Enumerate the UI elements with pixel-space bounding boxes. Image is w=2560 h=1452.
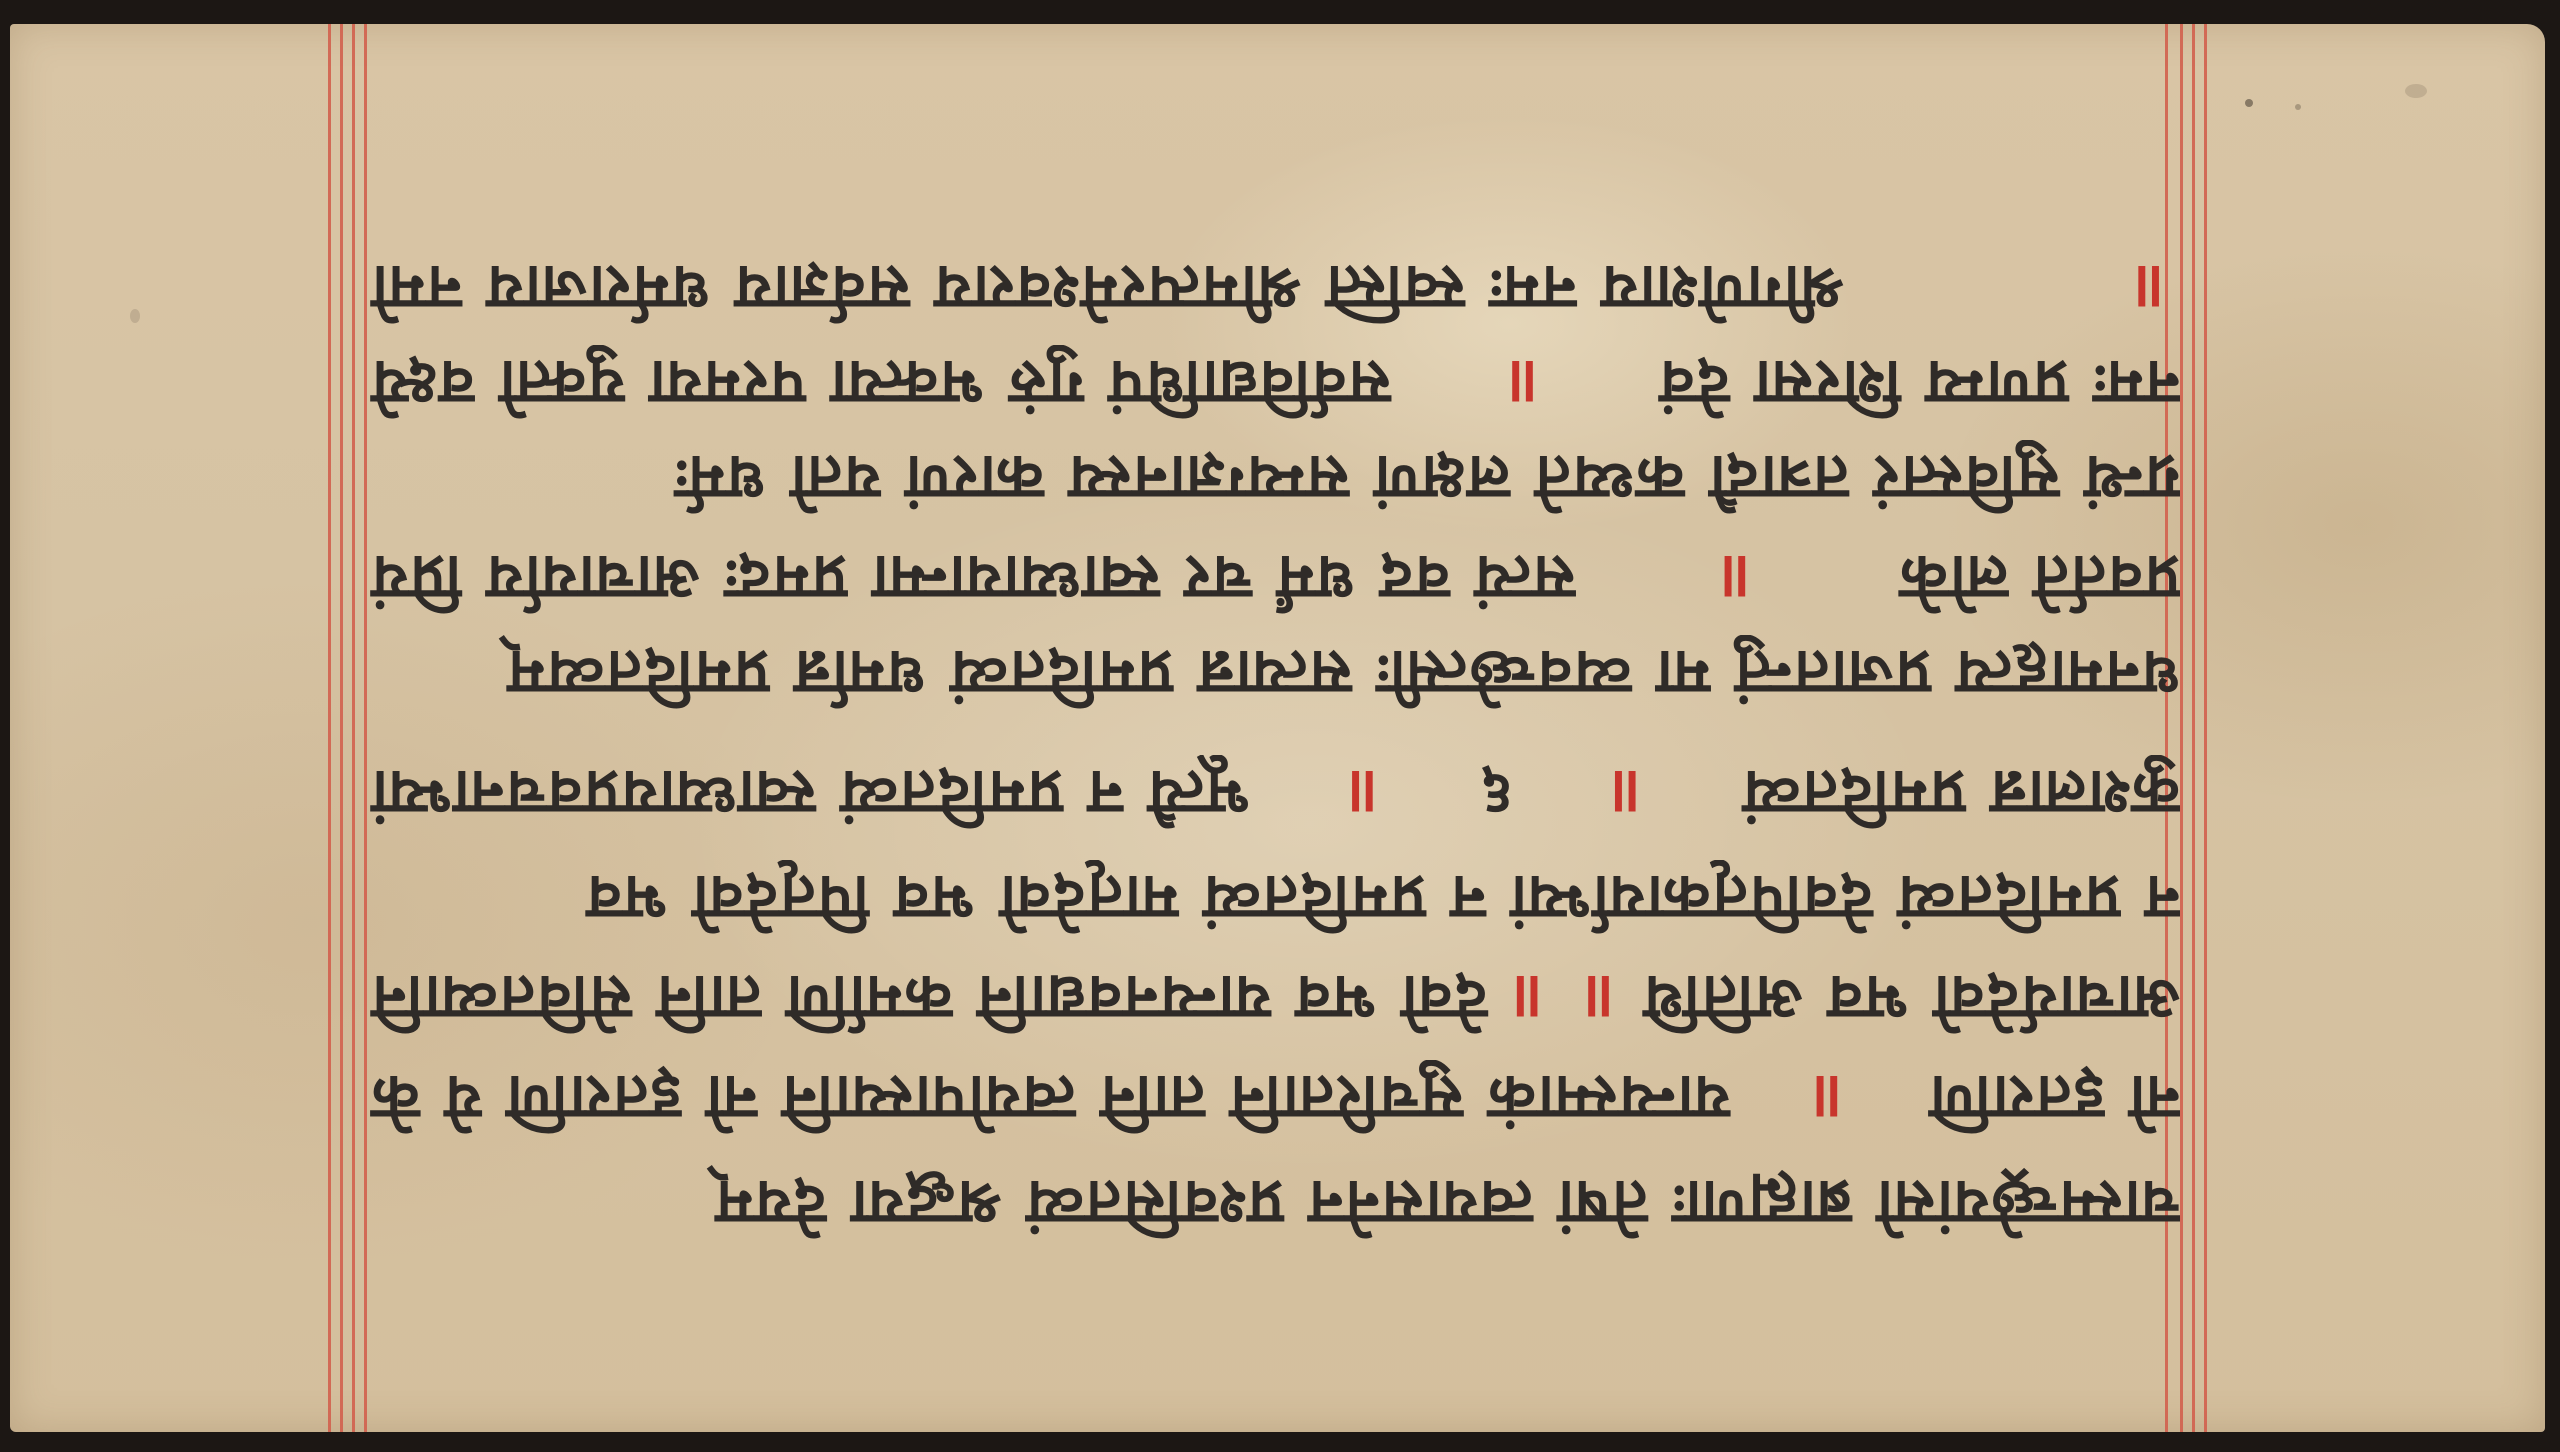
text-line: नो इतराणि॥यान्यस्माकं सुचरितानि तानि त्व… (370, 1060, 2180, 1140)
red-danda-mark: ॥ (1809, 1060, 1848, 1140)
script-segment: ६ (1479, 755, 1513, 835)
text-line: धनमाहृत्य प्रजातन्तुं मा व्यवच्छेत्सीः स… (370, 635, 2180, 715)
red-danda-mark: ॥ (1717, 540, 1756, 620)
script-segment: कुशलान्न प्रमदितव्यं (1741, 755, 2180, 835)
script-segment: धनमाहृत्य प्रजातन्तुं मा व्यवच्छेत्सीः स… (506, 635, 2180, 715)
script-segment: यान्यस्माकं सुचरितानि तानि त्वयोपास्यानि… (370, 1060, 1730, 1140)
red-danda-mark: ॥ (1607, 755, 1646, 835)
script-segment: आचार्यदेवो भव अतिथि (1642, 960, 2180, 1040)
text-line: कुशलान्न प्रमदितव्यं॥६॥भूत्यै न प्रमदितव… (370, 755, 2180, 835)
text-block: ॥श्रीगणेशाय नमः स्वस्ति श्रीमत्परमेश्वरा… (10, 24, 2545, 1432)
script-segment: न प्रमदितव्यं देवपितृकार्याभ्यां न प्रमद… (585, 860, 2180, 940)
text-line: नमः प्रणम्य शिरसा देवं॥सर्वविद्याधिपं गु… (370, 345, 2180, 425)
script-segment: सर्वविद्याधिपं गुरुं भक्त्या परमया युक्त… (370, 345, 1390, 425)
script-segment: नमः प्रणम्य शिरसा देवं (1658, 345, 2180, 425)
red-danda-mark: ॥ (1581, 960, 1620, 1040)
text-line: आचार्यदेवो भव अतिथि॥॥देवो भव यान्यनवद्या… (370, 960, 2180, 1040)
script-segment: चास्मच्छ्रेयांसो ब्राह्मणाः तेषां त्वयास… (714, 1165, 2180, 1245)
red-danda-mark: ॥ (1345, 755, 1384, 835)
script-segment: प्रवर्तते लोके (1898, 540, 2180, 620)
red-danda-mark: ॥ (1509, 960, 1548, 1040)
text-line: ॥श्रीगणेशाय नमः स्वस्ति श्रीमत्परमेश्वरा… (370, 250, 2180, 330)
red-danda-mark: ॥ (2131, 250, 2170, 330)
script-segment: श्रीगणेशाय नमः स्वस्ति श्रीमत्परमेश्वराय… (370, 250, 1844, 330)
text-line: ग्रन्थं सुविस्तरं तत्रादौ कथ्यते लक्षणं … (370, 440, 2180, 520)
script-segment: ग्रन्थं सुविस्तरं तत्रादौ कथ्यते लक्षणं … (673, 440, 2180, 520)
text-line: प्रवर्तते लोके॥सत्यं वद धर्मं चर स्वाध्य… (370, 540, 2180, 620)
text-line: न प्रमदितव्यं देवपितृकार्याभ्यां न प्रमद… (370, 860, 2180, 940)
script-segment: देवो भव यान्यनवद्यानि कर्माणि तानि सेवित… (370, 960, 1487, 1040)
script-segment: सत्यं वद धर्मं चर स्वाध्यायान्मा प्रमदः … (370, 540, 1575, 620)
text-line: चास्मच्छ्रेयांसो ब्राह्मणाः तेषां त्वयास… (370, 1165, 2180, 1245)
manuscript-folio: ॥श्रीगणेशाय नमः स्वस्ति श्रीमत्परमेश्वरा… (10, 24, 2545, 1432)
script-segment: भूत्यै न प्रमदितव्यं स्वाध्यायप्रवचनाभ्य… (370, 755, 1250, 835)
script-segment: नो इतराणि (1928, 1060, 2180, 1140)
red-danda-mark: ॥ (1505, 345, 1544, 425)
